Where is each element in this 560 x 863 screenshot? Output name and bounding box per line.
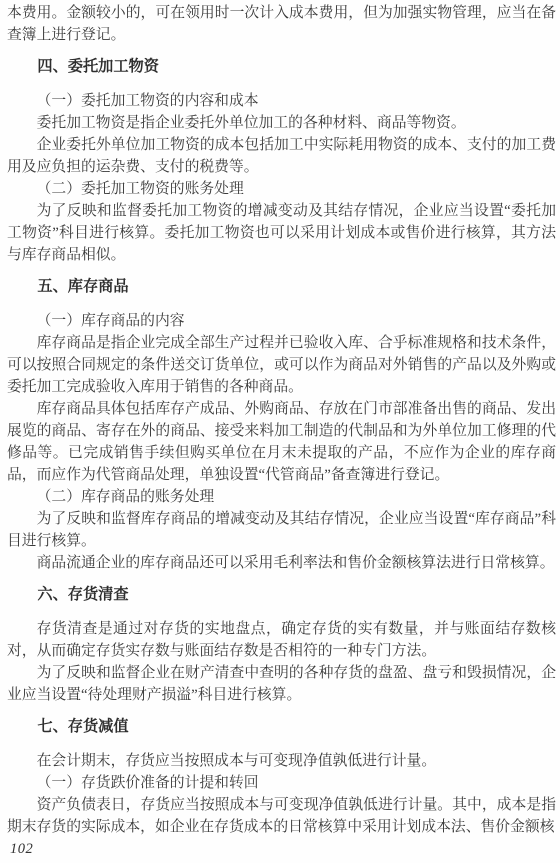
paragraph: 库存商品是指企业完成全部生产过程并已验收入库、合乎标准规格和技术条件，可以按照合… [7,332,556,398]
paragraph: （一）存货跌价准备的计提和转回 [7,772,556,794]
section-heading-6: 六、存货清查 [7,584,556,606]
paragraph: （一）库存商品的内容 [7,310,556,332]
paragraph: 企业委托外单位加工物资的成本包括加工中实际耗用物资的成本、支付的加工费用及应负担… [7,134,556,178]
document-page: 本费用。金额较小的，可在领用时一次计入成本费用，但为加强实物管理，应当在备查簿上… [0,0,560,863]
paragraph: （二）委托加工物资的账务处理 [7,178,556,200]
paragraph: 委托加工物资是指企业委托外单位加工的各种材料、商品等物资。 [7,112,556,134]
paragraph: 资产负债表日，存货应当按照成本与可变现净值孰低进行计量。其中，成本是指期末存货的… [7,794,556,838]
page-number: 102 [10,841,33,858]
paragraph: （二）库存商品的账务处理 [7,486,556,508]
section-heading-4: 四、委托加工物资 [7,56,556,78]
section-heading-7: 七、存货减值 [7,716,556,738]
continuation-paragraph: 本费用。金额较小的，可在领用时一次计入成本费用，但为加强实物管理，应当在备查簿上… [7,2,556,46]
paragraph: 库存商品具体包括库存产成品、外购商品、存放在门市部准备出售的商品、发出展览的商品… [7,398,556,486]
paragraph: 在会计期末，存货应当按照成本与可变现净值孰低进行计量。 [7,750,556,772]
paragraph: （一）委托加工物资的内容和成本 [7,90,556,112]
paragraph: 存货清查是通过对存货的实地盘点，确定存货的实有数量，并与账面结存数核对，从而确定… [7,618,556,662]
section-heading-5: 五、库存商品 [7,276,556,298]
body-text: 本费用。金额较小的，可在领用时一次计入成本费用，但为加强实物管理，应当在备查簿上… [0,0,560,838]
paragraph: 为了反映和监督库存商品的增减变动及其结存情况，企业应当设置“库存商品”科目进行核… [7,508,556,552]
paragraph: 商品流通企业的库存商品还可以采用毛利率法和售价金额核算法进行日常核算。 [7,552,556,574]
paragraph: 为了反映和监督委托加工物资的增减变动及其结存情况，企业应当设置“委托加工物资”科… [7,200,556,266]
paragraph: 为了反映和监督企业在财产清查中查明的各种存货的盘盈、盘亏和毁损情况，企业应当设置… [7,662,556,706]
